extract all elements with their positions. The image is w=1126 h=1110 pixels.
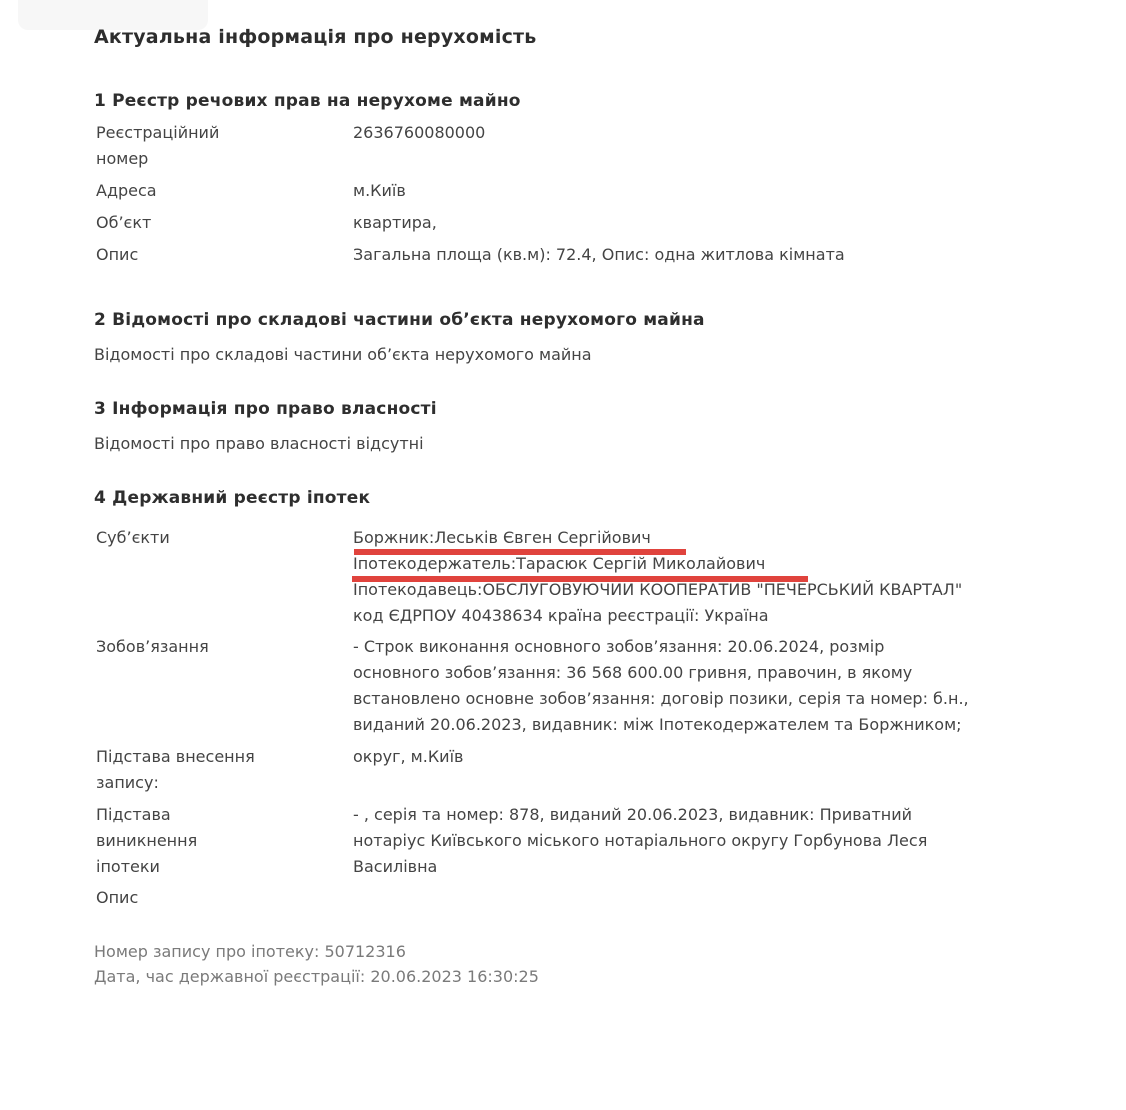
table-row: Об’єкт квартира, xyxy=(94,204,1033,236)
section-component-parts: 2 Відомості про складові частини об’єкта… xyxy=(94,308,1054,368)
obligation-line: - Строк виконання основного зобов’язання… xyxy=(353,634,1033,660)
label-line: Підстава xyxy=(96,802,353,828)
table-row: Реєстраційний номер 2636760080000 xyxy=(94,120,1033,172)
address-value: м.Київ xyxy=(353,172,1033,204)
property-details-table: Реєстраційний номер 2636760080000 Адреса… xyxy=(94,120,1033,268)
section-real-rights-registry: 1 Реєстр речових прав на нерухоме майно … xyxy=(94,89,1054,268)
page-title: Актуальна інформація про нерухомість xyxy=(94,24,1054,50)
label-line: виникнення xyxy=(96,828,353,854)
component-parts-text: Відомості про складові частини об’єкта н… xyxy=(94,342,1054,368)
registration-datetime: Дата, час державної реєстрації: 20.06.20… xyxy=(94,964,539,989)
registration-number-value: 2636760080000 xyxy=(353,120,1033,172)
edrpou-line: код ЄДРПОУ 40438634 країна реєстрації: У… xyxy=(353,603,1033,629)
mortgage-basis-value: - , серія та номер: 878, виданий 20.06.2… xyxy=(353,796,1033,880)
entry-basis-value: округ, м.Київ xyxy=(353,738,1033,796)
subjects-label: Суб’єкти xyxy=(94,525,353,629)
section-heading: 3 Інформація про право власності xyxy=(94,397,1054,421)
mortgage-record-number: Номер запису про іпотеку: 50712316 xyxy=(94,939,539,964)
mortgage-description-label: Опис xyxy=(94,880,353,911)
mortgage-details-table: Суб’єкти Боржник:Леськів Євген Сергійови… xyxy=(94,525,1033,911)
address-label: Адреса xyxy=(94,172,353,204)
table-row: Підстава виникнення іпотеки - , серія та… xyxy=(94,796,1033,880)
section-heading: 1 Реєстр речових прав на нерухоме майно xyxy=(94,89,1054,113)
table-row: Зобов’язання - Строк виконання основного… xyxy=(94,629,1033,738)
mortgage-basis-line: нотаріус Київського міського нотаріально… xyxy=(353,828,1033,854)
obligation-value: - Строк виконання основного зобов’язання… xyxy=(353,629,1033,738)
table-row: Опис xyxy=(94,880,1033,911)
debtor-line: Боржник:Леськів Євген Сергійович xyxy=(353,525,1033,551)
obligation-line: основного зобов’язання: 36 568 600.00 гр… xyxy=(353,660,1033,686)
object-value: квартира, xyxy=(353,204,1033,236)
table-row: Адреса м.Київ xyxy=(94,172,1033,204)
obligation-line: виданий 20.06.2023, видавник: між Іпотек… xyxy=(353,712,1033,738)
ownership-text: Відомості про право власності відсутні xyxy=(94,431,1054,457)
mortgage-description-value xyxy=(353,880,1033,911)
row-label: Реєстраційний номер xyxy=(94,120,353,172)
table-row: Підстава внесення запису: округ, м.Київ xyxy=(94,738,1033,796)
entry-basis-line: округ, м.Київ xyxy=(353,744,1033,770)
entry-basis-label: Підстава внесення запису: xyxy=(94,738,353,796)
description-label: Опис xyxy=(94,236,353,268)
description-value: Загальна площа (кв.м): 72.4, Опис: одна … xyxy=(353,236,1033,268)
registration-number-label: Реєстраційний номер xyxy=(96,120,266,172)
mortgage-basis-line: - , серія та номер: 878, виданий 20.06.2… xyxy=(353,802,1033,828)
mortgagee-highlight-underline xyxy=(352,576,808,582)
mortgage-basis-line: Василівна xyxy=(353,854,1033,880)
table-row: Опис Загальна площа (кв.м): 72.4, Опис: … xyxy=(94,236,1033,268)
obligation-label: Зобов’язання xyxy=(94,629,353,738)
label-line: іпотеки xyxy=(96,854,353,880)
object-label: Об’єкт xyxy=(94,204,353,236)
label-line: запису: xyxy=(96,770,353,796)
obligation-line: встановлено основне зобов’язання: догові… xyxy=(353,686,1033,712)
section-heading: 4 Державний реєстр іпотек xyxy=(94,486,1054,510)
section-ownership: 3 Інформація про право власності Відомос… xyxy=(94,397,1054,457)
debtor-highlight-underline xyxy=(354,549,686,555)
label-line: Підстава внесення xyxy=(96,744,353,770)
section-heading: 2 Відомості про складові частини об’єкта… xyxy=(94,308,1054,332)
record-footer: Номер запису про іпотеку: 50712316 Дата,… xyxy=(94,939,539,989)
property-info-document: Актуальна інформація про нерухомість 1 Р… xyxy=(94,24,1054,50)
mortgage-basis-label: Підстава виникнення іпотеки xyxy=(94,796,353,880)
